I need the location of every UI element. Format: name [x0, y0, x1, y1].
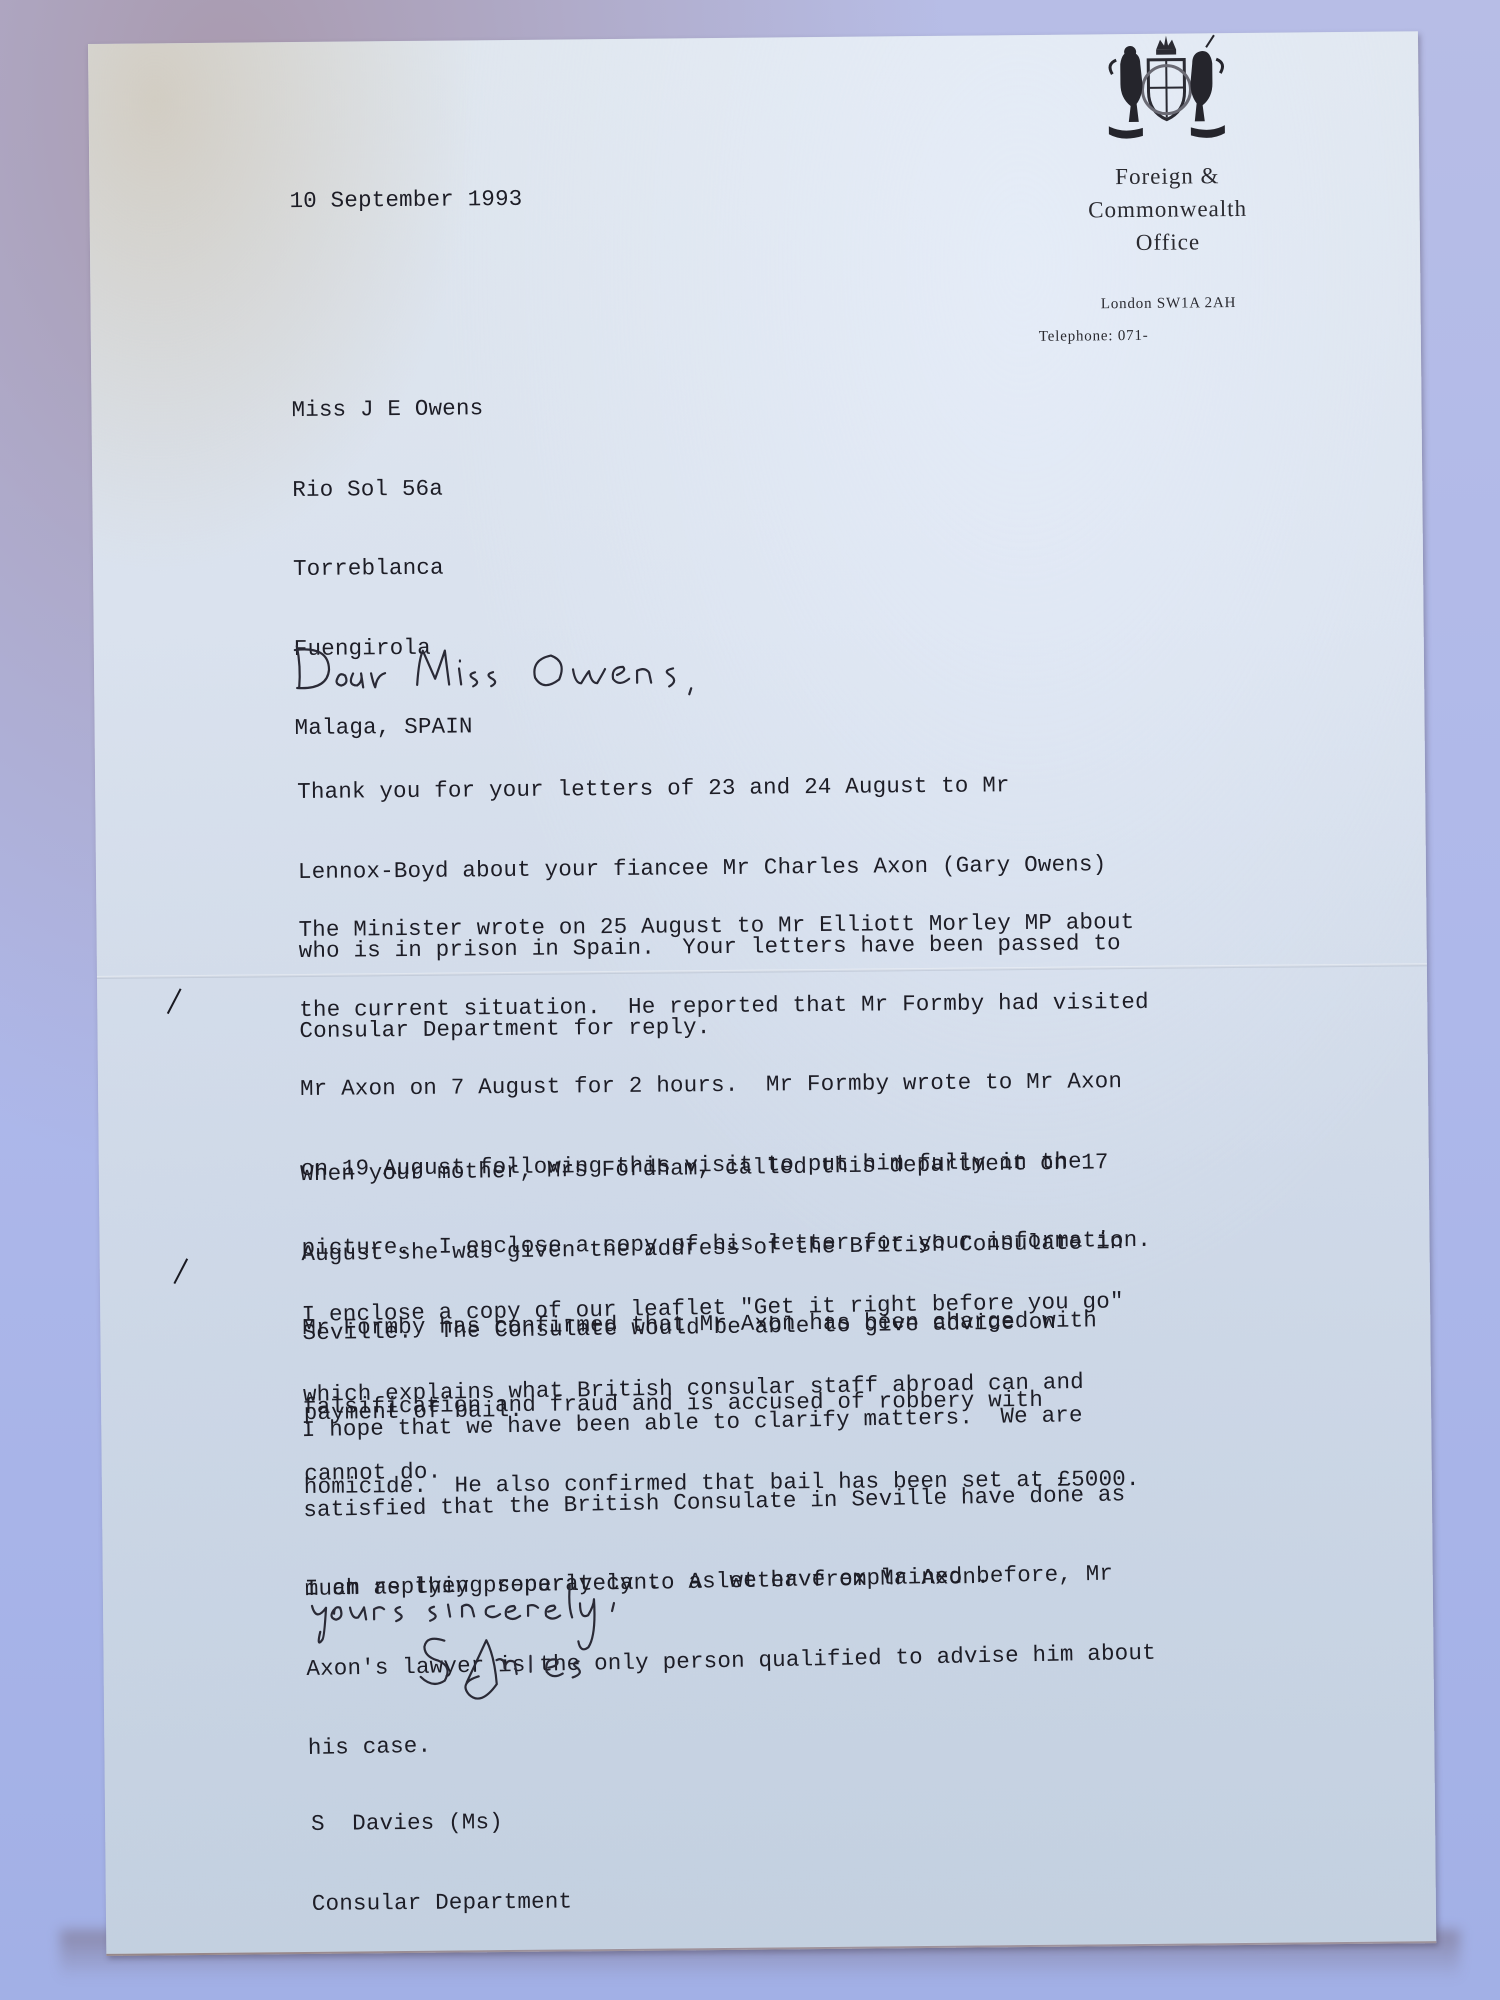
recipient-address-line: Torreblanca	[293, 554, 485, 582]
margin-tick-mark	[173, 1258, 188, 1284]
paragraph-line: the current situation. He reported that …	[299, 988, 1149, 1023]
handwritten-closing-and-signature: Yours sincerely, S Davies	[308, 1574, 709, 1728]
signatory-department: Consular Department	[312, 1888, 573, 1917]
paragraph-line: I enclose a copy of our leaflet "Get it …	[301, 1288, 1123, 1328]
organisation-address: London SW1A 2AH	[1008, 294, 1328, 314]
recipient-address-line: Rio Sol 56a	[292, 475, 484, 503]
organisation-telephone: Telephone: 071-	[969, 326, 1359, 347]
paragraph-line: Thank you for your letters of 23 and 24 …	[297, 771, 1119, 805]
signatory-block: S Davies (Ms) Consular Department	[310, 1755, 572, 1969]
paragraph-line: I hope that we have been able to clarify…	[302, 1401, 1152, 1444]
paragraph-line: The Minister wrote on 25 August to Mr El…	[298, 909, 1148, 944]
signatory-name: S Davies (Ms)	[311, 1808, 572, 1837]
margin-tick-mark	[167, 988, 182, 1014]
paragraph-line: When your mother, Mrs Fordham, called th…	[300, 1149, 1122, 1188]
recipient-address-line: Miss J E Owens	[291, 395, 483, 423]
letterhead: Foreign & Commonwealth Office London SW1…	[1006, 32, 1326, 35]
handwritten-salutation: Dear Miss Owens,	[289, 632, 730, 706]
letter-page: Foreign & Commonwealth Office London SW1…	[88, 31, 1436, 1956]
organisation-name-line: Foreign &	[1007, 158, 1327, 194]
organisation-name-line: Office	[1008, 224, 1328, 260]
royal-coat-of-arms-icon	[1102, 33, 1231, 146]
organisation-name: Foreign & Commonwealth Office	[1007, 158, 1328, 260]
organisation-name-line: Commonwealth	[1007, 191, 1327, 227]
letter-date: 10 September 1993	[289, 186, 522, 215]
